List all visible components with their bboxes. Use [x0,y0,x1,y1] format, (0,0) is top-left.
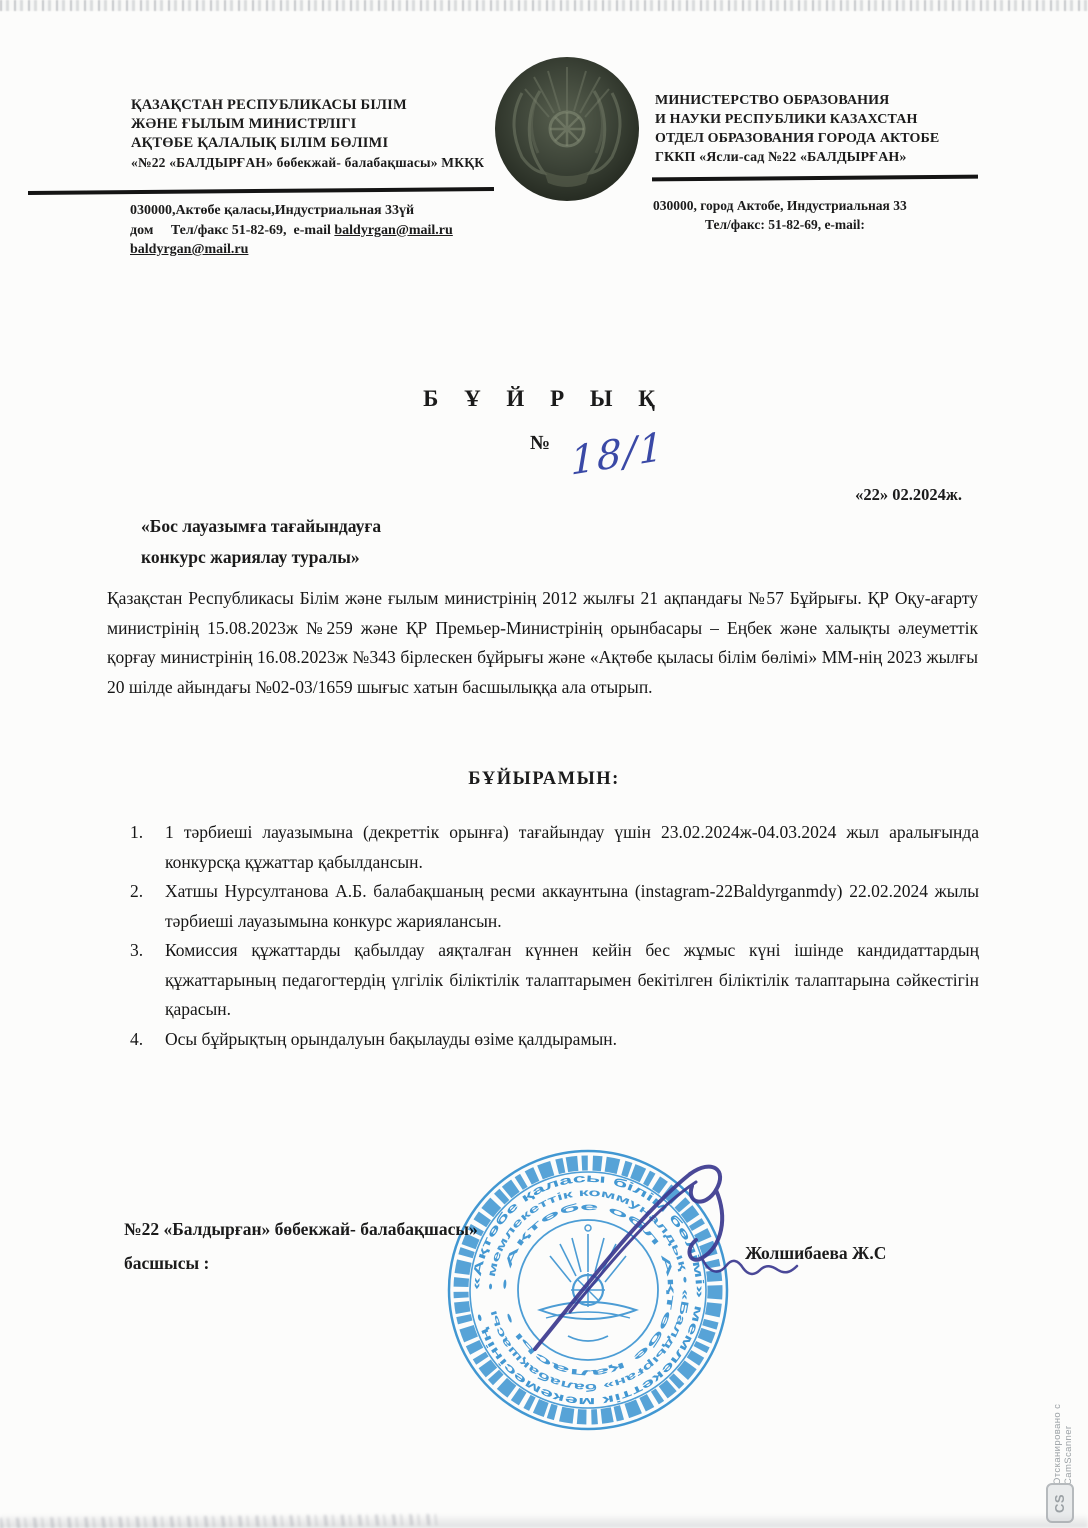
header-divider-right [652,175,978,182]
contact-address-kk: 030000,Актөбе қаласы,Индустриальная 33үй [130,203,414,218]
letterhead-kazakh-line: АҚТӨБЕ ҚАЛАЛЫҚ БІЛІМ БӨЛІМІ [131,134,503,153]
order-preamble: Қазақстан Республикасы Білім және ғылым … [107,584,978,702]
letterhead-kazakh: ҚАЗАҚСТАН РЕСПУБЛИКАСЫ БІЛІМ ЖӘНЕ ҒЫЛЫМ … [131,96,503,172]
resolution-item: 2. Хатшы Нурсултанова А.Б. балабақшаның … [128,877,979,936]
scan-artifact-top-edge [0,0,1088,11]
item-number: 4. [130,1025,143,1055]
order-date: «22» 02.2024ж. [855,485,962,505]
scan-artifact-bottom-edge [0,1514,1088,1528]
official-seal-stamp: «Ақтөбе қаласы білім бөлімі» мемлекеттік… [440,1144,800,1436]
order-title: Б Ұ Й Р Ы Қ [0,386,1088,412]
contacts-kazakh: 030000,Актөбе қаласы,Индустриальная 33үй… [130,201,550,260]
resolution-heading: БҰЙЫРАМЫН: [0,769,1088,790]
letterhead-russian-line: ОТДЕЛ ОБРАЗОВАНИЯ ГОРОДА АКТОБЕ [655,129,985,148]
camscanner-logo-letters: CS [1053,1493,1068,1512]
order-subject-line: «Бос лауазымға тағайындауға [141,511,381,542]
header-divider-left [28,187,494,195]
resolution-list: 1. 1 тәрбиеші лауазымына (декреттік орын… [128,818,979,1054]
item-text: 1 тәрбиеші лауазымына (декреттік орынға)… [165,822,979,872]
letterhead-russian: МИНИСТЕРСТВО ОБРАЗОВАНИЯ И НАУКИ РЕСПУБЛ… [655,91,985,167]
contact-address-ru: 030000, город Актобе, Индустриальная 33 [653,196,983,215]
contact-phone-kk: дом Тел/факс 51-82-69, e-mail [130,223,334,238]
letterhead-kazakh-line: «№22 «БАЛДЫРҒАН» бөбекжай- балабақшасы» … [131,153,503,172]
order-subject: «Бос лауазымға тағайындауға конкурс жари… [141,511,381,573]
item-text: Хатшы Нурсултанова А.Б. балабақшаның рес… [165,881,979,931]
order-number: № 18/1 [530,432,666,477]
contact-email: baldyrgan@mail.ru [130,242,248,257]
letterhead-russian-line: МИНИСТЕРСТВО ОБРАЗОВАНИЯ [655,91,985,110]
resolution-item: 1. 1 тәрбиеші лауазымына (декреттік орын… [128,818,979,877]
item-number: 1. [130,818,143,848]
contact-email: baldyrgan@mail.ru [334,223,452,238]
kazakhstan-coat-of-arms-icon [492,53,642,203]
order-number-label: № [530,432,550,454]
item-text: Комиссия құжаттарды қабылдау аяқталған к… [165,940,979,1019]
resolution-item: 3. Комиссия құжаттарды қабылдау аяқталға… [128,936,979,1025]
signatory-title: №22 «Балдырған» бөбекжай- балабақшасы» б… [124,1212,478,1280]
scanned-document-page: ҚАЗАҚСТАН РЕСПУБЛИКАСЫ БІЛІМ ЖӘНЕ ҒЫЛЫМ … [0,0,1088,1528]
order-number-handwritten: 18/1 [570,424,665,484]
letterhead-russian-line: ГККП «Ясли-сад №22 «БАЛДЫРҒАН» [655,148,985,167]
letterhead-kazakh-line: ЖӘНЕ ҒЫЛЫМ МИНИСТРЛІГІ [131,115,503,134]
item-number: 2. [130,877,143,907]
letterhead-russian-line: И НАУКИ РЕСПУБЛИКИ КАЗАХСТАН [655,110,985,129]
resolution-item: 4. Осы бұйрықтың орындалуын бақылауды өз… [128,1025,979,1055]
signatory-role-line: басшысы : [124,1246,478,1280]
order-subject-line: конкурс жариялау туралы» [141,542,381,573]
item-text: Осы бұйрықтың орындалуын бақылауды өзіме… [165,1029,617,1049]
contacts-russian: 030000, город Актобе, Индустриальная 33 … [653,196,983,234]
camscanner-watermark-text: Отсканировано с CamScanner [1052,1383,1074,1485]
item-number: 3. [130,936,143,966]
signatory-org-line: №22 «Балдырған» бөбекжай- балабақшасы» [124,1212,478,1246]
letterhead-kazakh-line: ҚАЗАҚСТАН РЕСПУБЛИКАСЫ БІЛІМ [131,96,503,115]
contact-phone-ru: Тел/факс: 51-82-69, e-mail: [653,215,983,234]
